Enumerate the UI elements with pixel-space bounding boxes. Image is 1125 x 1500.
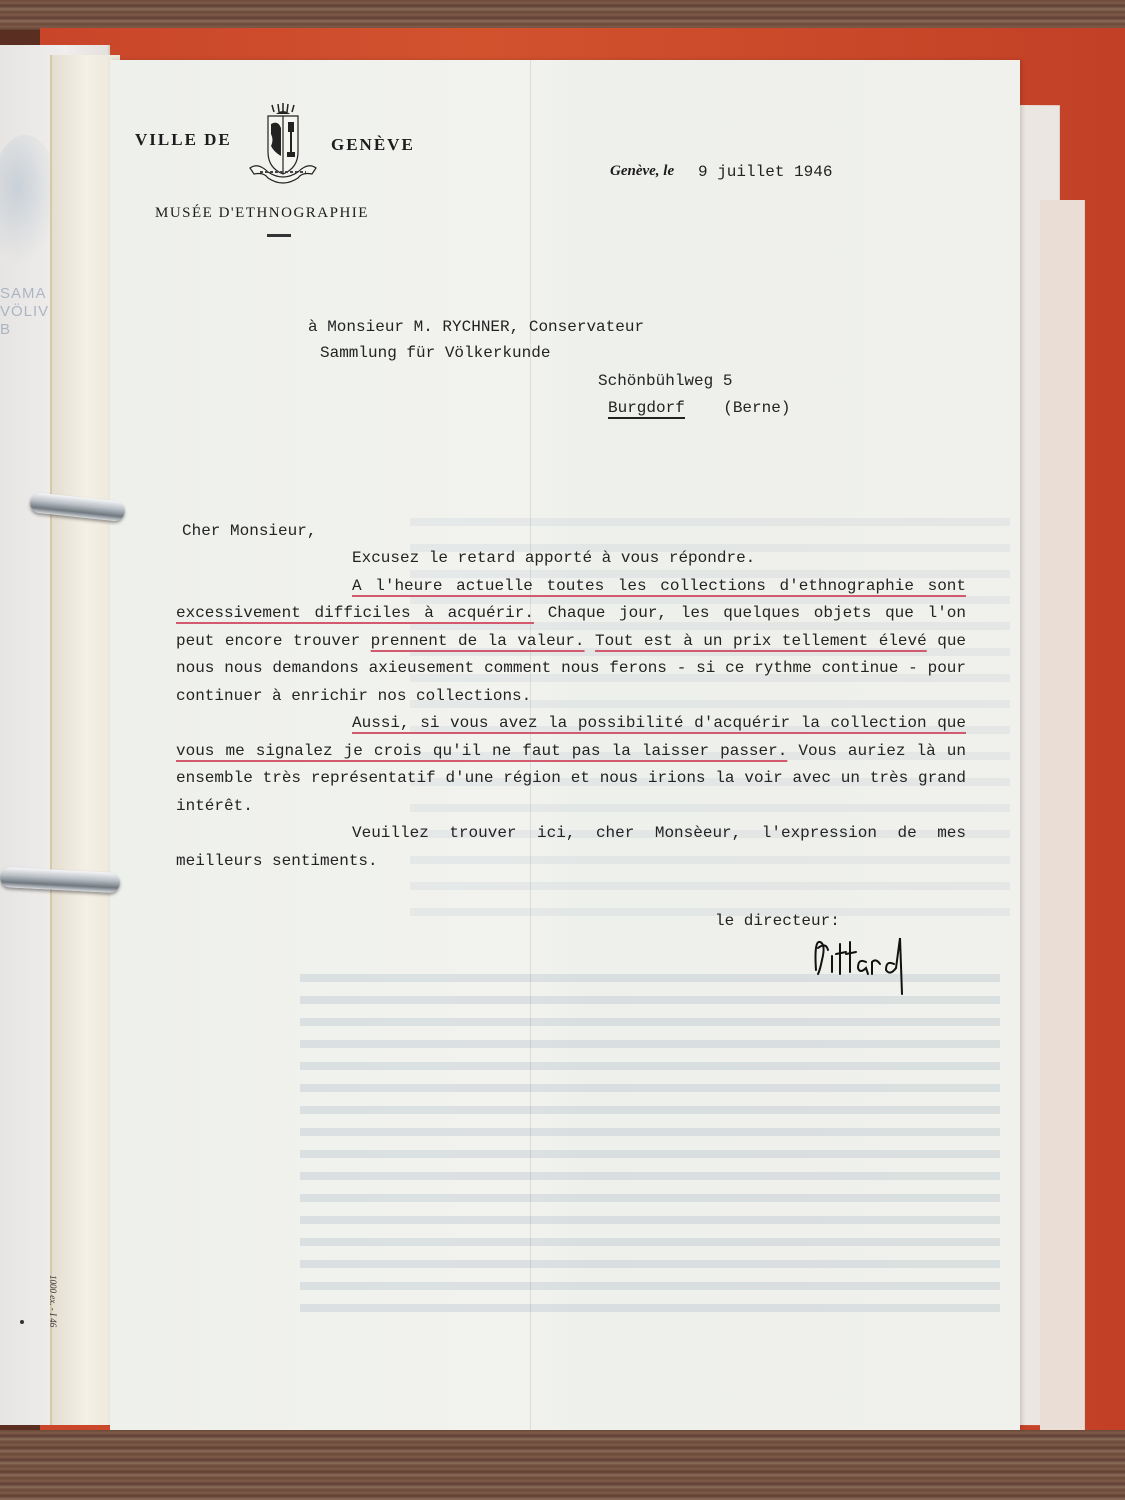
letter-paragraph: Excusez le retard apporté à vous répondr… <box>176 545 966 573</box>
letter-paragraph: A l'heure actuelle toutes les collection… <box>176 573 966 711</box>
letterhead-institution: MUSÉE D'ETHNOGRAPHIE <box>155 205 369 222</box>
table-edge-bottom <box>0 1430 1125 1500</box>
letter-body: Excusez le retard apporté à vous répondr… <box>176 545 966 875</box>
letter-date: 9 juillet 1946 <box>698 163 832 181</box>
paragraph-text: Veuillez trouver ici, cher Monsèeur, l'e… <box>176 824 966 870</box>
letterhead-rule <box>267 234 291 237</box>
salutation: Cher Monsieur, <box>182 517 316 545</box>
paragraph-text: Excusez le retard apporté à vous répondr… <box>352 549 755 567</box>
letterhead-geneve: GENÈVE <box>331 135 415 155</box>
letter-page: VILLE DE GENÈVE MUSÉE D'ETHNOGRAPHIE Gen… <box>110 60 1020 1430</box>
paragraph-text <box>585 632 595 650</box>
ink-dot <box>20 1320 24 1324</box>
table-edge-top <box>0 0 1125 30</box>
bleed-through-text <box>300 960 1000 1320</box>
recipient-name: à Monsieur M. RYCHNER, Conservateur <box>308 313 644 341</box>
underlined-passage: Tout est à un prix tellement élevé <box>595 632 927 650</box>
recipient-city: Burgdorf <box>608 399 685 419</box>
letter-paragraph: Veuillez trouver ici, cher Monsèeur, l'e… <box>176 820 966 875</box>
letterhead-ville-de: VILLE DE <box>135 130 232 150</box>
signature-pittard <box>810 930 920 1000</box>
recipient-street: Schönbühlweg 5 <box>598 367 732 395</box>
recipient-city-line: Burgdorf (Berne) <box>608 394 790 422</box>
recipient-canton: (Berne) <box>723 399 790 417</box>
underlined-passage: prennent de la valeur. <box>371 632 585 650</box>
letter-paragraph: Aussi, si vous avez la possibilité d'acq… <box>176 710 966 820</box>
underlying-sheet <box>1040 200 1085 1430</box>
faded-text: SAMAVÖLIVB <box>0 285 49 339</box>
date-prefix: Genève, le <box>610 163 674 180</box>
geneva-crest-icon <box>238 102 328 190</box>
recipient-institution: Sammlung für Völkerkunde <box>320 339 550 367</box>
margin-print-note: 1000 ex. - I 46 <box>48 1275 58 1327</box>
